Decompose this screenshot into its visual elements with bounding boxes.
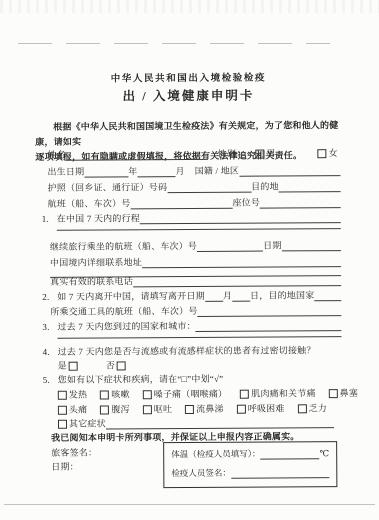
passenger-signature-label: 旅客签名：	[51, 447, 97, 459]
onward-label: 继续旅行乘坐的航班（船、车次）号	[50, 240, 197, 253]
other-symptom-item: 其它症状	[58, 418, 106, 430]
headache-checkbox	[58, 406, 67, 415]
name-gender-row: 姓名 性别： 男 女	[47, 147, 340, 161]
year-label: 年	[128, 165, 137, 177]
passport-row: 护照（回乡证、通行证）号码 目的地	[48, 180, 341, 194]
female-checkbox	[318, 149, 327, 158]
destination-label: 目的地	[251, 180, 279, 192]
onward-date-label: 日期	[263, 239, 281, 251]
q5-label: 您如有以下症状和疾病，请在“□”中划“√”	[58, 373, 224, 386]
fatigue-checkbox	[298, 404, 307, 413]
fatigue-label: 乏力	[309, 402, 327, 414]
passport-label: 护照（回乡证、通行证）号码	[48, 181, 168, 194]
name-field-line	[66, 149, 208, 161]
flight-field-line	[130, 198, 232, 210]
name-label: 姓名	[47, 149, 65, 161]
vomit-checkbox	[143, 405, 152, 414]
symptom-row-2: 头痛 腹泻 呕吐 流鼻涕 呼吸困难 乏力	[58, 402, 342, 416]
phone-field-line	[133, 275, 341, 287]
no-label: 否	[106, 359, 115, 371]
month-label: 月	[175, 165, 184, 177]
runny-nose-label: 流鼻涕	[196, 403, 224, 415]
q2-number: 2.	[42, 291, 57, 303]
birth-nation-row: 出生日期 年 月 国籍 / 地区	[47, 164, 340, 178]
gender-male-option: 男	[255, 147, 275, 159]
q4-yes-option: 是	[58, 360, 78, 372]
symptom-row-1: 发热 咳嗽 嗓子痛（咽喉痛） 肌肉痛和关节痛 鼻塞	[58, 387, 342, 401]
birth-year-line	[84, 166, 128, 177]
breathing-difficulty-label: 呼吸困难	[248, 402, 285, 414]
q2-month-label: 月	[223, 290, 232, 302]
flight-row: 航班（船、车次）号 座位号	[48, 196, 341, 210]
nasal-congestion-checkbox	[329, 389, 338, 398]
q3-field-line-2	[57, 326, 341, 339]
female-label: 女	[329, 147, 338, 159]
q2-row: 2. 如 7 天内离开中国，请填写离开日期 月 日，目的地国家	[42, 289, 341, 303]
q3-number: 3.	[42, 321, 57, 333]
officer-signature-row: 检疫人员签名：	[171, 467, 329, 479]
seat-label: 座位号	[232, 197, 260, 209]
symptom-item: 嗓子痛（咽喉痛）	[143, 388, 228, 401]
temperature-unit: ℃	[320, 448, 330, 459]
officer-box: 体温（检疫人员填写）： ℃ 检疫人员签名：	[163, 441, 337, 488]
q2-day-line	[232, 291, 250, 302]
q2-month-line	[205, 291, 223, 302]
male-checkbox	[255, 150, 264, 159]
destination-field-line	[279, 181, 341, 192]
symptom-item: 咳嗽	[100, 388, 129, 400]
diarrhea-checkbox	[100, 405, 109, 414]
q2-label-1: 如 7 天内离开中国，请填写离开日期	[57, 290, 205, 303]
q4-no-option: 否	[106, 359, 126, 371]
other-symptom-line	[106, 417, 334, 429]
birth-month-line	[137, 166, 175, 177]
gender-label: 性别：	[218, 148, 246, 160]
symptom-item: 呼吸困难	[237, 402, 285, 414]
sore-throat-checkbox	[143, 390, 152, 399]
fever-label: 发热	[69, 389, 87, 401]
symptom-item: 流鼻涕	[185, 403, 224, 415]
phone-row: 真实有效的联系电话	[50, 274, 341, 288]
male-label: 男	[266, 147, 275, 159]
org-title: 中华人民共和国出入境检验检疫	[0, 69, 378, 85]
q1-number: 1.	[42, 213, 57, 225]
other-symptom-checkbox	[58, 420, 67, 429]
seat-field-line	[260, 197, 341, 208]
q2-country-line	[314, 290, 341, 301]
symptom-item: 肌肉痛和关节痛	[240, 387, 315, 399]
symptom-item: 腹泻	[100, 403, 129, 415]
transport-label: 所乘交通工具的航班（船、车次）号	[50, 305, 197, 318]
runny-nose-checkbox	[185, 405, 194, 414]
muscle-joint-pain-checkbox	[240, 390, 249, 399]
flight-label: 航班（船、车次）号	[48, 197, 131, 210]
officer-signature-label: 检疫人员签名：	[171, 468, 231, 479]
breathing-difficulty-checkbox	[237, 405, 246, 414]
symptom-item: 发热	[58, 389, 87, 401]
q4-row: 4. 过去 7 天内您是否与流感或有流感样症状的患者有过密切接触？	[43, 344, 342, 358]
scanned-health-declaration-form: 中华人民共和国出入境检验检疫 出 / 入境健康申明卡 根据《中华人民共和国国境卫…	[0, 0, 379, 520]
q4-label: 过去 7 天内您是否与流感或有流感样症状的患者有过密切接触？	[58, 344, 316, 358]
fever-checkbox	[58, 391, 67, 400]
cough-label: 咳嗽	[111, 388, 129, 400]
symptom-item: 呕吐	[143, 403, 172, 415]
form-title: 出 / 入境健康申明卡	[0, 85, 378, 105]
nation-field-line	[239, 165, 340, 177]
date-label: 日期：	[51, 461, 79, 473]
transport-row: 所乘交通工具的航班（船、车次）号	[50, 304, 341, 318]
nasal-congestion-label: 鼻塞	[340, 387, 358, 399]
sore-throat-label: 嗓子痛（咽喉痛）	[154, 388, 228, 400]
diarrhea-label: 腹泻	[111, 403, 129, 415]
q3-continuation-line	[57, 326, 341, 339]
symptom-item: 鼻塞	[329, 387, 358, 399]
onward-date-line	[281, 240, 340, 251]
headache-label: 头痛	[69, 404, 87, 416]
muscle-joint-pain-label: 肌肉痛和关节痛	[251, 387, 315, 399]
other-symptom-label: 其它症状	[69, 418, 106, 430]
yes-checkbox	[69, 362, 78, 371]
q4-options-row: 是 否	[58, 358, 342, 372]
other-symptom-row: 其它症状	[58, 416, 334, 430]
q1-field-line-2	[57, 218, 341, 231]
passport-field-line	[167, 182, 251, 194]
cough-checkbox	[100, 390, 109, 399]
temperature-field-line	[260, 448, 319, 459]
transport-field-line	[197, 305, 341, 317]
no-checkbox	[117, 361, 126, 370]
symptom-item: 头痛	[58, 404, 87, 416]
temperature-row: 体温（检疫人员填写）： ℃	[171, 448, 329, 460]
q5-row: 5. 您如有以下症状和疾病，请在“□”中划“√”	[43, 372, 342, 386]
nation-label: 国籍 / 地区	[195, 165, 239, 177]
intro-line-1: 根据《中华人民共和国国境卫生检疫法》有关规定，为了您和他人的健康，请如实	[35, 118, 345, 150]
birth-label: 出生日期	[47, 166, 84, 178]
vomit-label: 呕吐	[154, 403, 172, 415]
gender-female-option: 女	[318, 147, 338, 159]
q1-continuation-line	[57, 218, 341, 231]
temperature-label: 体温（检疫人员填写）：	[171, 449, 260, 461]
q2-label-2: 日，目的地国家	[250, 289, 314, 301]
onward-field-line	[197, 241, 263, 252]
symptom-item: 乏力	[298, 402, 327, 414]
q5-number: 5.	[43, 374, 58, 386]
onward-row: 继续旅行乘坐的航班（船、车次）号 日期	[50, 239, 341, 253]
phone-label: 真实有效的联系电话	[50, 275, 133, 288]
q4-number: 4.	[43, 346, 58, 358]
form-content: 中华人民共和国出入境检验检疫 出 / 入境健康申明卡 根据《中华人民共和国国境卫…	[0, 0, 379, 520]
officer-signature-line	[231, 467, 330, 479]
yes-label: 是	[58, 360, 67, 372]
